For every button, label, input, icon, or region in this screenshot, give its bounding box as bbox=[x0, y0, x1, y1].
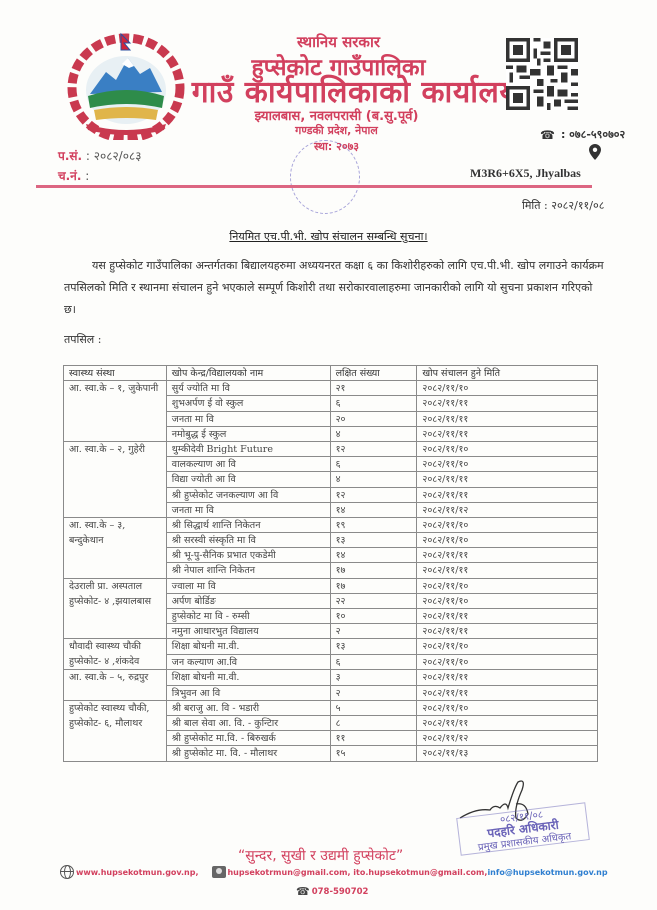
footer-phone: ☎ 078-590702 bbox=[296, 885, 368, 898]
table-row: धौवादी स्वास्थ्य चौकी हुप्सेकोट- ४ ,शंकद… bbox=[64, 639, 598, 655]
email-icon bbox=[212, 866, 226, 878]
target-count-cell: १० bbox=[330, 609, 417, 624]
target-count-cell: ५ bbox=[330, 700, 417, 715]
school-name-cell: त्रिभुवन आ वि bbox=[166, 685, 330, 700]
map-pin-icon bbox=[589, 144, 601, 160]
vaccination-date-cell: २०८२/११/११ bbox=[417, 670, 598, 685]
target-count-cell: २ bbox=[330, 624, 417, 639]
table-row: आ. स्वा.के – ५, रुद्रपुरशिक्षा बोधनी मा.… bbox=[64, 670, 598, 685]
vaccination-schedule-table: स्वास्थ्य संस्था खोप केन्द्र/विद्यालयको … bbox=[63, 365, 598, 762]
vaccination-date-cell: २०८२/११/१० bbox=[417, 654, 598, 670]
target-count-cell: १४ bbox=[330, 502, 417, 517]
vaccination-date-cell: २०८२/११/१३ bbox=[417, 746, 598, 761]
health-facility-cell: हुप्सेकोट स्वास्थ्य चौकी, हुप्सेकोट- ६, … bbox=[64, 700, 167, 761]
table-row: आ. स्वा.के – ३, बन्दुकेथानश्री सिद्धार्थ… bbox=[64, 517, 598, 532]
health-facility-cell: देउराली प्रा. अस्पताल हुप्सेकोट- ४ ,झयाल… bbox=[64, 578, 167, 639]
vaccination-date-cell: २०८२/११/११ bbox=[417, 624, 598, 639]
school-name-cell: श्री सिद्धार्थ शान्ति निकेतन bbox=[166, 517, 330, 532]
header-health-facility: स्वास्थ्य संस्था bbox=[64, 366, 167, 381]
header-vaccination-date: खोप संचालन हुने मिति bbox=[417, 366, 598, 381]
school-name-cell: ज्वाला मा वि bbox=[166, 578, 330, 593]
school-name-cell: नमुना आधारभुत विद्यालय bbox=[166, 624, 330, 639]
vaccination-date-cell: २०८२/११/११ bbox=[417, 411, 598, 426]
vaccination-date-cell: २०८२/११/११ bbox=[417, 685, 598, 700]
dispatch-label: च.नं. bbox=[58, 169, 81, 183]
health-facility-cell: आ. स्वा.के – २, गुहेरी bbox=[64, 441, 167, 517]
target-count-cell: १७ bbox=[330, 578, 417, 593]
vaccination-date-cell: २०८२/११/११ bbox=[417, 609, 598, 624]
reference-number: प.सं. : २०८२/०८३ bbox=[58, 147, 141, 164]
school-name-cell: शिक्षा बोधनी मा.वी. bbox=[166, 639, 330, 655]
health-facility-cell: धौवादी स्वास्थ्य चौकी हुप्सेकोट- ४ ,शंकद… bbox=[64, 639, 167, 670]
target-count-cell: ४ bbox=[330, 472, 417, 487]
vaccination-date-cell: २०८२/११/१० bbox=[417, 441, 598, 456]
school-name-cell: शिक्षा बोधनी मा.वी. bbox=[166, 670, 330, 685]
header-school-name: खोप केन्द्र/विद्यालयको नाम bbox=[166, 366, 330, 381]
school-name-cell: नमोबुद्ध ई स्कुल bbox=[166, 426, 330, 441]
dispatch-number: च.नं. : bbox=[58, 167, 89, 184]
vaccination-date-cell: २०८२/११/१० bbox=[417, 700, 598, 715]
globe-icon bbox=[60, 865, 74, 879]
vaccination-date-cell: २०८२/११/११ bbox=[417, 472, 598, 487]
target-count-cell: ३ bbox=[330, 670, 417, 685]
school-name-cell: श्री हुप्सेकोट जनकल्याण आ वि bbox=[166, 487, 330, 502]
target-count-cell: २२ bbox=[330, 593, 417, 608]
footer-motto: “सुन्दर, सुखी र उद्यमी हुप्सेकोट” bbox=[238, 846, 403, 865]
qr-code[interactable] bbox=[506, 38, 578, 110]
vaccination-date-cell: २०८२/११/१२ bbox=[417, 731, 598, 746]
target-count-cell: २० bbox=[330, 411, 417, 426]
health-facility-cell: आ. स्वा.के – ३, बन्दुकेथान bbox=[64, 517, 167, 578]
telephone-icon: ☎ bbox=[296, 885, 310, 898]
target-count-cell: १३ bbox=[330, 639, 417, 655]
vaccination-date-cell: २०८२/११/११ bbox=[417, 396, 598, 411]
school-name-cell: जनता मा वि bbox=[166, 411, 330, 426]
table-row: देउराली प्रा. अस्पताल हुप्सेकोट- ४ ,झयाल… bbox=[64, 578, 598, 593]
office-round-stamp bbox=[290, 140, 360, 214]
notice-body: यस हुप्सेकोट गाउँपालिका अन्तर्गतका बिद्य… bbox=[64, 255, 604, 321]
target-count-cell: १२ bbox=[330, 441, 417, 456]
office-phone-number: : ०७८-५९०७०२ bbox=[561, 127, 625, 142]
target-count-cell: २ bbox=[330, 685, 417, 700]
school-name-cell: श्री हुप्सेकोट मा. वि. - मौलाथर bbox=[166, 746, 330, 761]
vaccination-date-cell: २०८२/११/१० bbox=[417, 457, 598, 472]
vaccination-date-cell: २०८२/११/१० bbox=[417, 578, 598, 593]
health-facility-cell: आ. स्वा.के – ५, रुद्रपुर bbox=[64, 670, 167, 700]
vaccination-date-cell: २०८२/११/१० bbox=[417, 639, 598, 655]
website-link[interactable]: www.hupsekotmun.gov.np, bbox=[76, 868, 198, 877]
vaccination-date-cell: २०८२/११/११ bbox=[417, 426, 598, 441]
target-count-cell: ११ bbox=[330, 731, 417, 746]
table-row: हुप्सेकोट स्वास्थ्य चौकी, हुप्सेकोट- ६, … bbox=[64, 700, 598, 715]
school-name-cell: थुम्कीदेवी Bright Future bbox=[166, 441, 330, 456]
school-name-cell: शुभअर्पण ई वो स्कुल bbox=[166, 396, 330, 411]
table-header-row: स्वास्थ्य संस्था खोप केन्द्र/विद्यालयको … bbox=[64, 366, 598, 381]
health-facility-cell: आ. स्वा.के – १, जुकेपानी bbox=[64, 381, 167, 442]
school-name-cell: विद्या ज्योती आ वि bbox=[166, 472, 330, 487]
vaccination-date-cell: २०८२/११/१० bbox=[417, 533, 598, 548]
target-count-cell: १७ bbox=[330, 563, 417, 578]
office-phone: ☎ : ०७८-५९०७०२ bbox=[540, 127, 625, 142]
dispatch-value: : bbox=[81, 169, 89, 183]
notice-subject: नियमित एच.पी.भी. खोप संचालन सम्बन्धि सुच… bbox=[0, 229, 657, 244]
school-name-cell: हुप्सेकोट मा वि - रुम्सी bbox=[166, 609, 330, 624]
header-divider bbox=[36, 185, 592, 188]
school-name-cell: श्री नेपाल शान्ति निकेतन bbox=[166, 563, 330, 578]
vaccination-date-cell: २०८२/११/१२ bbox=[417, 502, 598, 517]
footer-contact-links: www.hupsekotmun.gov.np, hupsekotrmun@gma… bbox=[60, 865, 608, 879]
target-count-cell: ६ bbox=[330, 457, 417, 472]
school-name-cell: श्री बराजु आ. वि - भडारी bbox=[166, 700, 330, 715]
target-count-cell: ६ bbox=[330, 654, 417, 670]
vaccination-date-cell: २०८२/११/११ bbox=[417, 563, 598, 578]
target-count-cell: १४ bbox=[330, 548, 417, 563]
email-links[interactable]: hupsekotrmun@gmail.com, ito.hupsekotmun@… bbox=[227, 868, 487, 877]
target-count-cell: ६ bbox=[330, 396, 417, 411]
reference-label: प.सं. bbox=[58, 149, 82, 163]
reference-value: : २०८२/०८३ bbox=[82, 149, 141, 163]
table-row: आ. स्वा.के – २, गुहेरीथुम्कीदेवी Bright … bbox=[64, 441, 598, 456]
school-name-cell: जनता मा वि bbox=[166, 502, 330, 517]
target-count-cell: २१ bbox=[330, 381, 417, 396]
plus-code-location: M3R6+6X5, Jhyalbas bbox=[470, 166, 581, 181]
school-name-cell: अर्पण बोर्डिङ bbox=[166, 593, 330, 608]
table-row: आ. स्वा.के – १, जुकेपानीसुर्य ज्योति मा … bbox=[64, 381, 598, 396]
target-count-cell: १३ bbox=[330, 533, 417, 548]
target-count-cell: १९ bbox=[330, 517, 417, 532]
vaccination-date-cell: २०८२/११/११ bbox=[417, 487, 598, 502]
target-count-cell: १५ bbox=[330, 746, 417, 761]
target-count-cell: ८ bbox=[330, 715, 417, 730]
target-count-cell: ४ bbox=[330, 426, 417, 441]
letter-date: मिति : २०८२/११/०८ bbox=[522, 198, 604, 213]
footer-phone-number: 078-590702 bbox=[312, 887, 369, 897]
vaccination-date-cell: २०८२/११/११ bbox=[417, 548, 598, 563]
school-name-cell: श्री भू-पु-सैनिक प्रभात एकडेमी bbox=[166, 548, 330, 563]
vaccination-date-cell: २०८२/११/१० bbox=[417, 517, 598, 532]
header-target-count: लक्षित संख्या bbox=[330, 366, 417, 381]
info-email-link[interactable]: info@hupsekotmun.gov.np bbox=[487, 868, 607, 877]
school-name-cell: जन कल्याण आ.वि bbox=[166, 654, 330, 670]
vaccination-date-cell: २०८२/११/१० bbox=[417, 593, 598, 608]
details-label: तपसिल : bbox=[64, 332, 101, 347]
school-name-cell: श्री सरस्वी संस्कृति मा वि bbox=[166, 533, 330, 548]
target-count-cell: १२ bbox=[330, 487, 417, 502]
school-name-cell: श्री हुप्सेकोट मा.वि. - बिरुखर्क bbox=[166, 731, 330, 746]
telephone-icon: ☎ bbox=[540, 128, 555, 142]
vaccination-date-cell: २०८२/११/११ bbox=[417, 715, 598, 730]
school-name-cell: वालकल्याण आ वि bbox=[166, 457, 330, 472]
school-name-cell: सुर्य ज्योति मा वि bbox=[166, 381, 330, 396]
school-name-cell: श्री बाल सेवा आ. वि. - कुन्टिार bbox=[166, 715, 330, 730]
notice-subject-text: नियमित एच.पी.भी. खोप संचालन सम्बन्धि सुच… bbox=[229, 230, 427, 243]
vaccination-date-cell: २०८२/११/१० bbox=[417, 381, 598, 396]
